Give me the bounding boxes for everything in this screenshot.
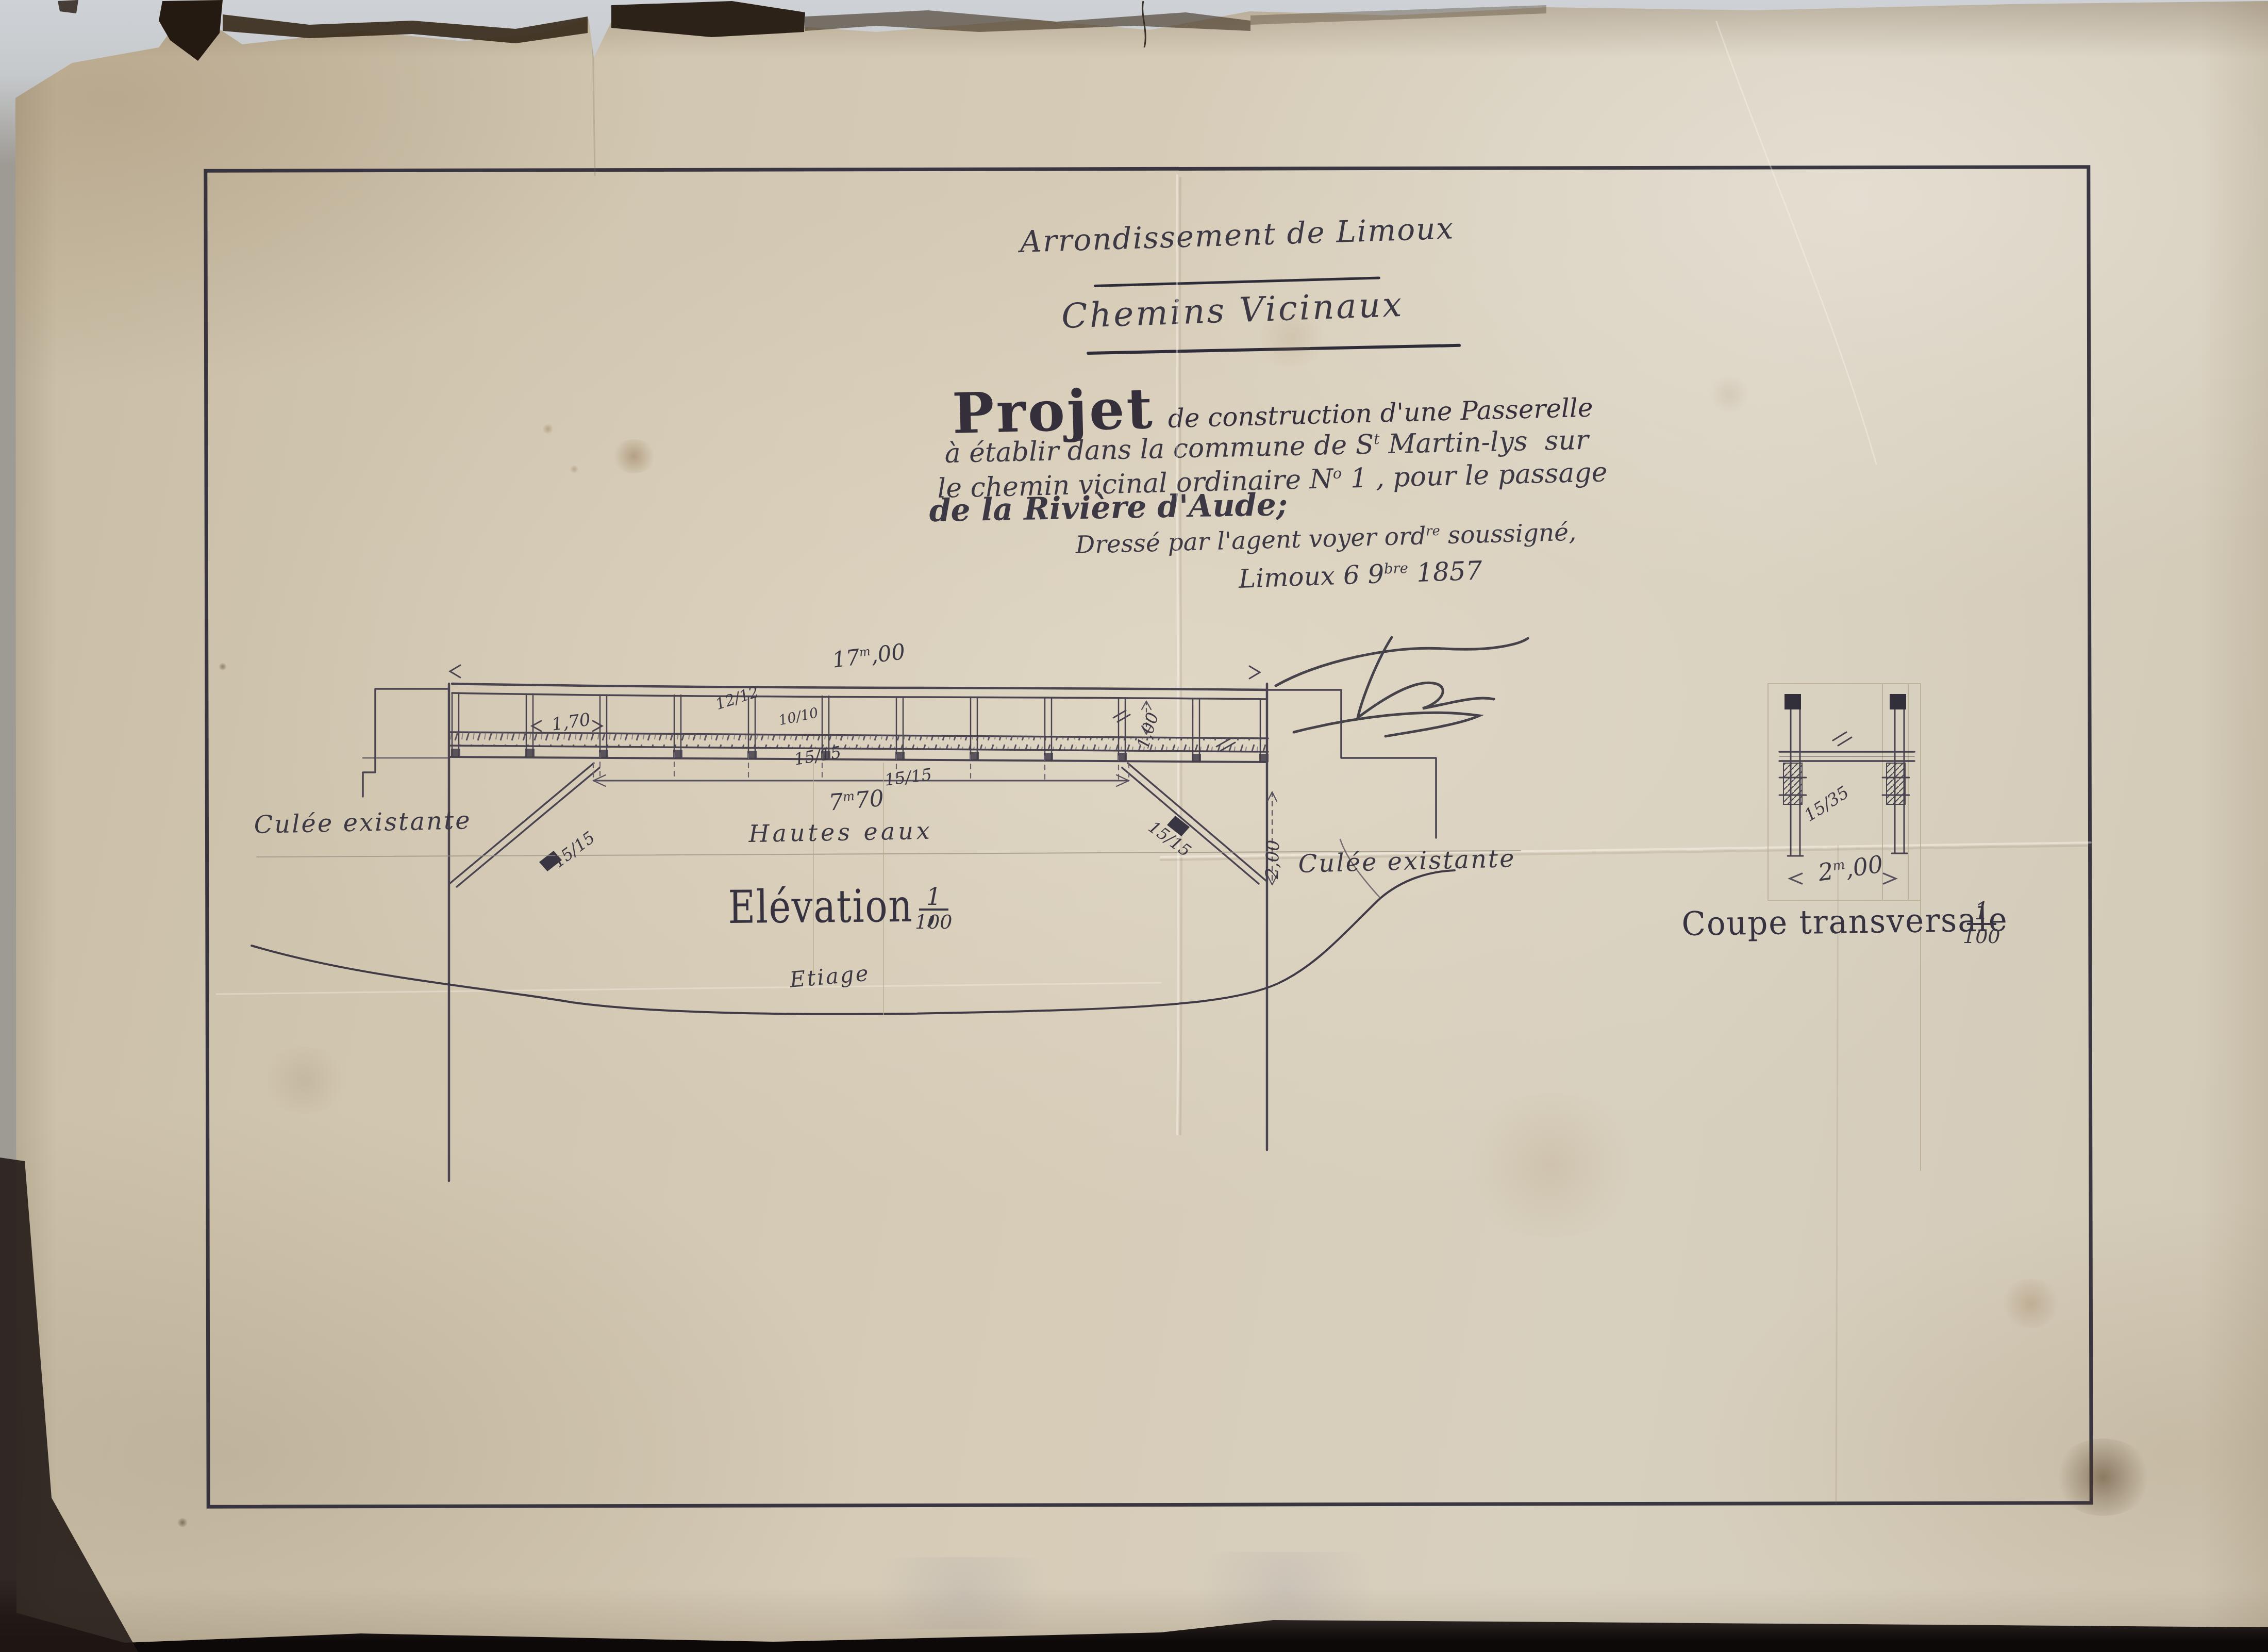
elevation-scale-denominator: 100: [915, 911, 953, 934]
signature-flourish: [1276, 637, 1528, 736]
dim-clear-sup: m: [842, 789, 855, 804]
handrail-bottom-line: [452, 693, 1267, 699]
dim-abutment-label: 2,00: [1263, 839, 1283, 879]
left-abutment-outline: [363, 684, 449, 1181]
section-caption: Coupe transversale: [1681, 902, 2008, 943]
dim-clear-span-label: 7m70: [828, 786, 885, 816]
photo-of-plan: { "header": { "arrondissement": "Arrondi…: [0, 0, 2268, 1652]
dim-width-post: ,00: [1843, 850, 1885, 883]
elevation-caption: Elévation ,: [728, 881, 939, 932]
crease-lines: [216, 22, 2091, 1505]
section-scale-fraction: 1 100: [1963, 899, 2000, 949]
dim-span-pre: 17: [831, 645, 861, 673]
right-abutment-outline: [1267, 684, 1436, 1150]
left-strut: [449, 763, 599, 887]
dim-clear-pre: 7: [828, 789, 844, 816]
label-culee-left: Culée existante: [254, 807, 472, 839]
paper-sheet: Arrondissement de Limoux Chemins Vicinau…: [0, 0, 2268, 1652]
section-scale-denominator: 100: [1963, 925, 2000, 949]
handrail-top-line: [452, 684, 1267, 690]
label-hautes-eaux: Hautes eaux: [748, 818, 933, 847]
section-grain-tick: [1833, 732, 1852, 746]
section-scale-numerator: 1: [1967, 899, 1996, 925]
dim-span-post: ,00: [870, 639, 907, 668]
elevation-scale-fraction: 1 100: [915, 885, 953, 934]
label-culee-right: Culée existante: [1298, 845, 1516, 878]
dim-clear-post: 70: [854, 785, 885, 814]
right-strut: [1122, 763, 1266, 884]
under-deck-beam-line: [449, 757, 1267, 762]
elevation-scale-numerator: 1: [919, 885, 948, 911]
